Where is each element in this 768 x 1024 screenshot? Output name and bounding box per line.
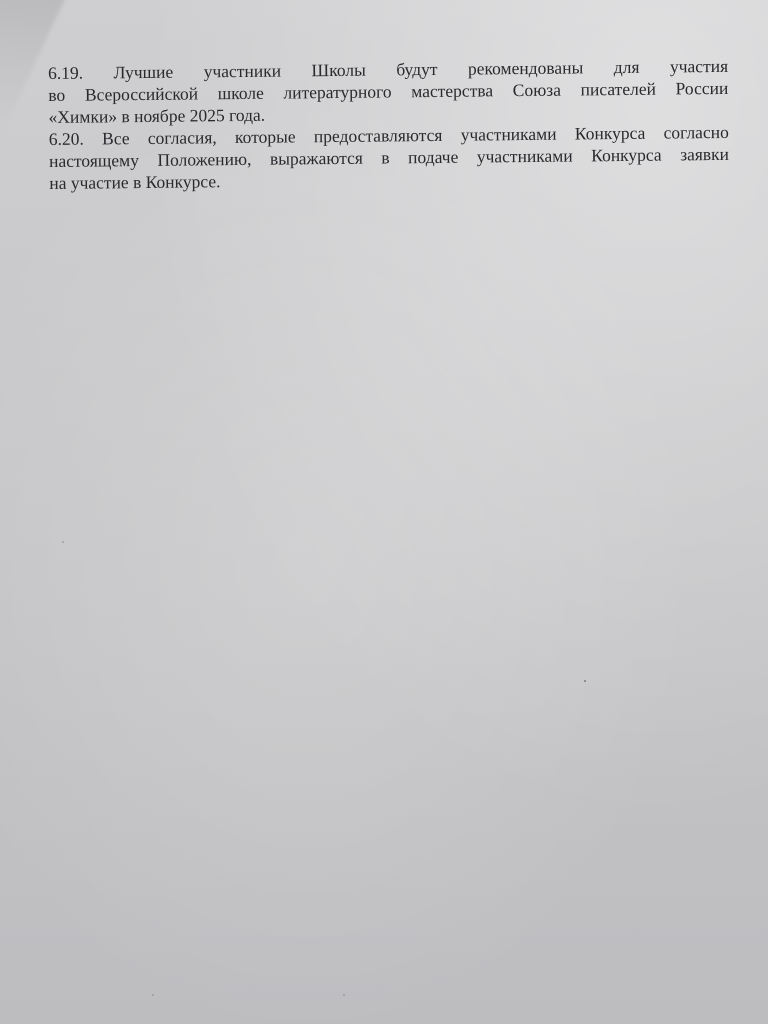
clause-6-19: 6.19. Лучшие участники Школы будут реком…: [48, 55, 729, 128]
paper-speck: [62, 541, 64, 543]
paper-speck: [343, 994, 345, 996]
clause-6-20: 6.20. Все согласия, которые предоставляю…: [49, 121, 730, 194]
paper-speck: [584, 680, 586, 682]
paper-speck: [152, 994, 154, 996]
paper-sheet: 6.19. Лучшие участники Школы будут реком…: [0, 0, 768, 1024]
document-text: 6.19. Лучшие участники Школы будут реком…: [48, 55, 729, 194]
